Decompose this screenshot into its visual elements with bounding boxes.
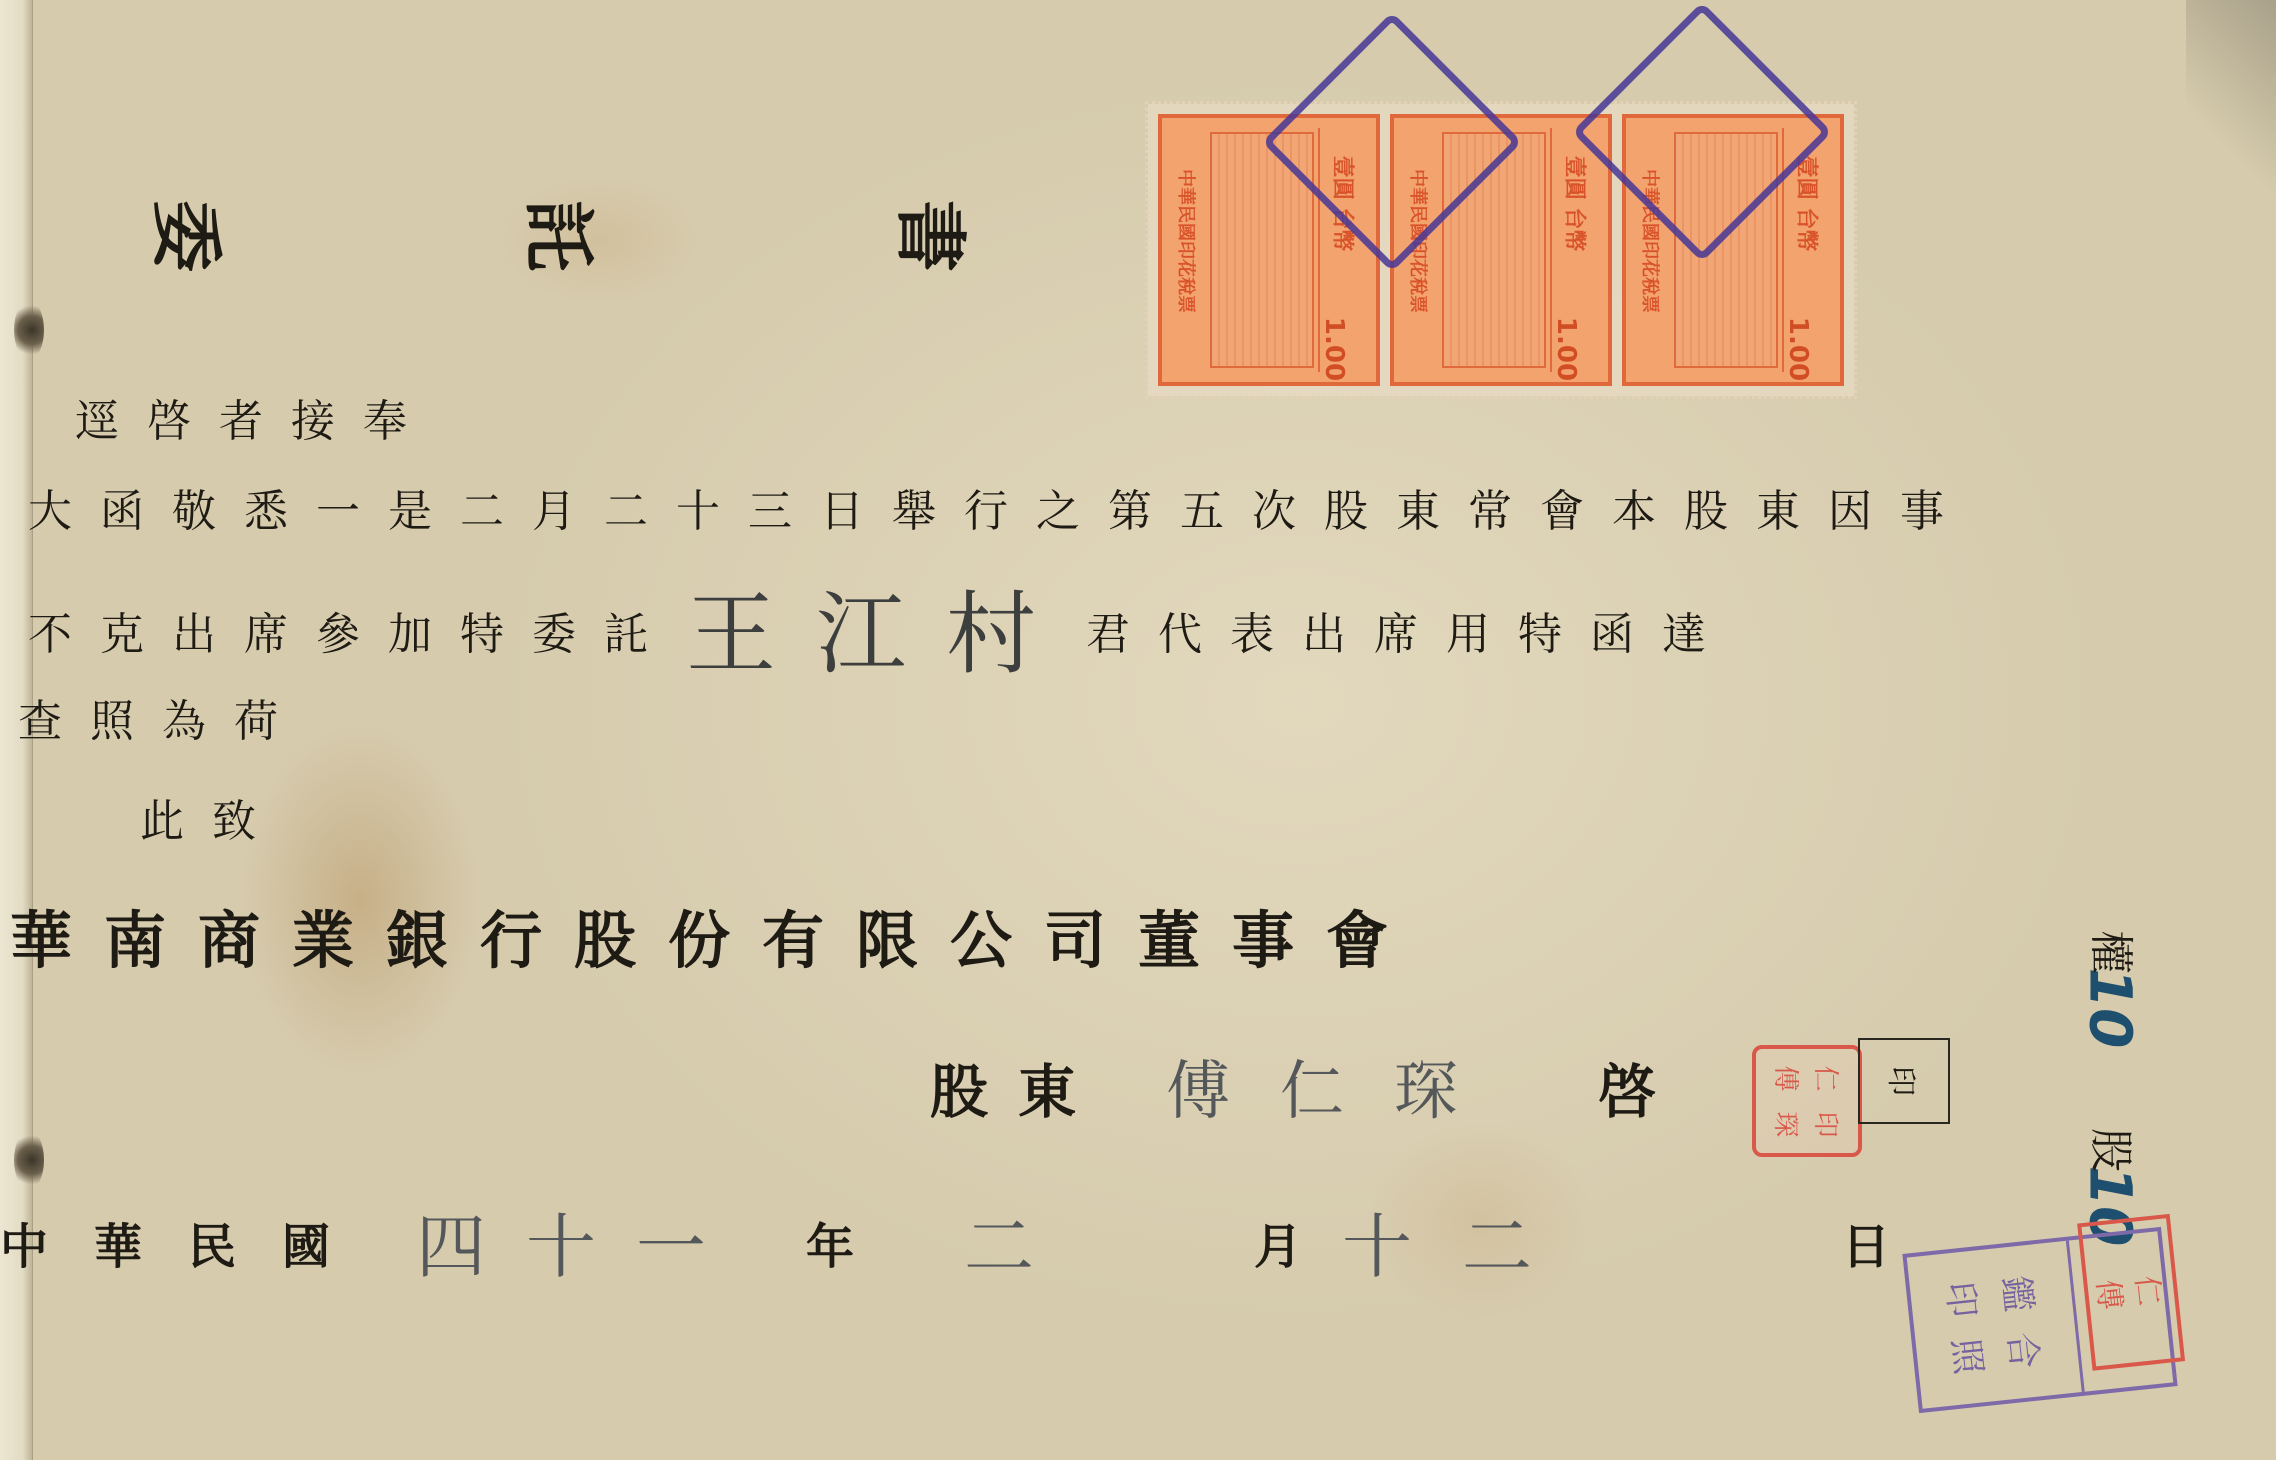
shares-votes-column: 10 股 10 權 xyxy=(2050,880,2170,1240)
punch-hole xyxy=(14,1130,44,1190)
seal-char: 琛 xyxy=(1768,1104,1805,1145)
date-year-label: 年 xyxy=(806,1223,854,1271)
verification-red-seal: 傅 仁 xyxy=(2077,1214,2185,1371)
verification-char: 鑑 xyxy=(1992,1273,2046,1314)
body-line-2: 大函敬悉一是二月二十三日舉行之第五次股東常會本股東因事 xyxy=(28,490,1972,534)
body-text: 查照為荷 xyxy=(18,700,306,744)
body-text: 大函敬悉一是二月二十三日舉行之第五次股東常會本股東因事 xyxy=(28,490,1972,534)
stamp-value: 1.00 xyxy=(1319,317,1349,381)
personal-seal: 傅 仁 琛 印 xyxy=(1752,1045,1862,1157)
seal-char: 仁 xyxy=(2126,1269,2174,1312)
seal-char: 傅 xyxy=(1768,1058,1805,1099)
signatory-row: 股東 傅仁琛 啓 xyxy=(930,1060,1656,1124)
body-line-1: 逕啓者接奉 xyxy=(75,400,435,444)
stamp-denomination: 壹圓 台幣 xyxy=(1561,156,1592,252)
votes-label: 權 xyxy=(2088,930,2132,974)
addressee-text: 華南商業銀行股份有限公司董事會 xyxy=(10,910,1420,972)
date-era: 中華民國 xyxy=(0,1223,376,1271)
title-char: 書 xyxy=(894,200,966,272)
verification-stamp: 印 鑑 照 合 傅 仁 xyxy=(1902,1227,2177,1413)
document-title: 委 託 書 xyxy=(150,200,966,272)
body-text: 君代表出席用特函達 xyxy=(1086,613,1734,657)
body-line-3: 不克出席參加特委託 王江村 君代表出席用特函達 xyxy=(28,590,1734,680)
body-line-5: 此致 xyxy=(140,800,284,844)
verification-char: 合 xyxy=(1998,1330,2052,1371)
page-corner-shadow xyxy=(2186,0,2276,240)
seal-box-label: 印 xyxy=(1882,1066,1926,1096)
verification-char: 照 xyxy=(1942,1336,1996,1377)
body-text: 不克出席參加特委託 xyxy=(28,613,676,657)
stamp-value: 1.00 xyxy=(1551,317,1581,381)
date-row: 中華民國 四十一 年 二 月 十二 日 xyxy=(0,1212,1890,1282)
votes-count: 10 xyxy=(2076,968,2144,1049)
body-line-4: 查照為荷 xyxy=(18,700,306,744)
date-day-label: 日 xyxy=(1842,1223,1890,1271)
closing-text: 啓 xyxy=(1598,1063,1656,1121)
seal-char: 印 xyxy=(1809,1104,1846,1145)
addressee: 華南商業銀行股份有限公司董事會 xyxy=(10,910,1420,972)
stamp-issuer-text: 中華民國印花稅票 xyxy=(1174,169,1200,313)
stamp-denomination: 壹圓 台幣 xyxy=(1793,156,1824,252)
shareholder-label: 股東 xyxy=(930,1063,1106,1121)
title-char: 託 xyxy=(522,200,594,272)
seal-char: 仁 xyxy=(1809,1058,1846,1099)
punch-hole xyxy=(14,300,44,360)
date-month-label: 月 xyxy=(1254,1223,1302,1271)
shareholder-name-handwritten: 傅仁琛 xyxy=(1166,1060,1508,1124)
date-year-handwritten: 四十一 xyxy=(416,1212,746,1282)
stamp-value: 1.00 xyxy=(1783,317,1813,381)
date-month-handwritten: 二 xyxy=(964,1212,1034,1282)
date-day-handwritten: 十二 xyxy=(1342,1212,1582,1282)
body-text: 此致 xyxy=(140,800,284,844)
title-char: 委 xyxy=(150,200,222,272)
body-text: 逕啓者接奉 xyxy=(75,400,435,444)
verification-char: 印 xyxy=(1936,1279,1990,1320)
proxy-name-handwritten: 王江村 xyxy=(686,590,1076,680)
seal-placeholder-box: 印 xyxy=(1858,1038,1950,1124)
shares-label: 股 xyxy=(2088,1128,2132,1172)
